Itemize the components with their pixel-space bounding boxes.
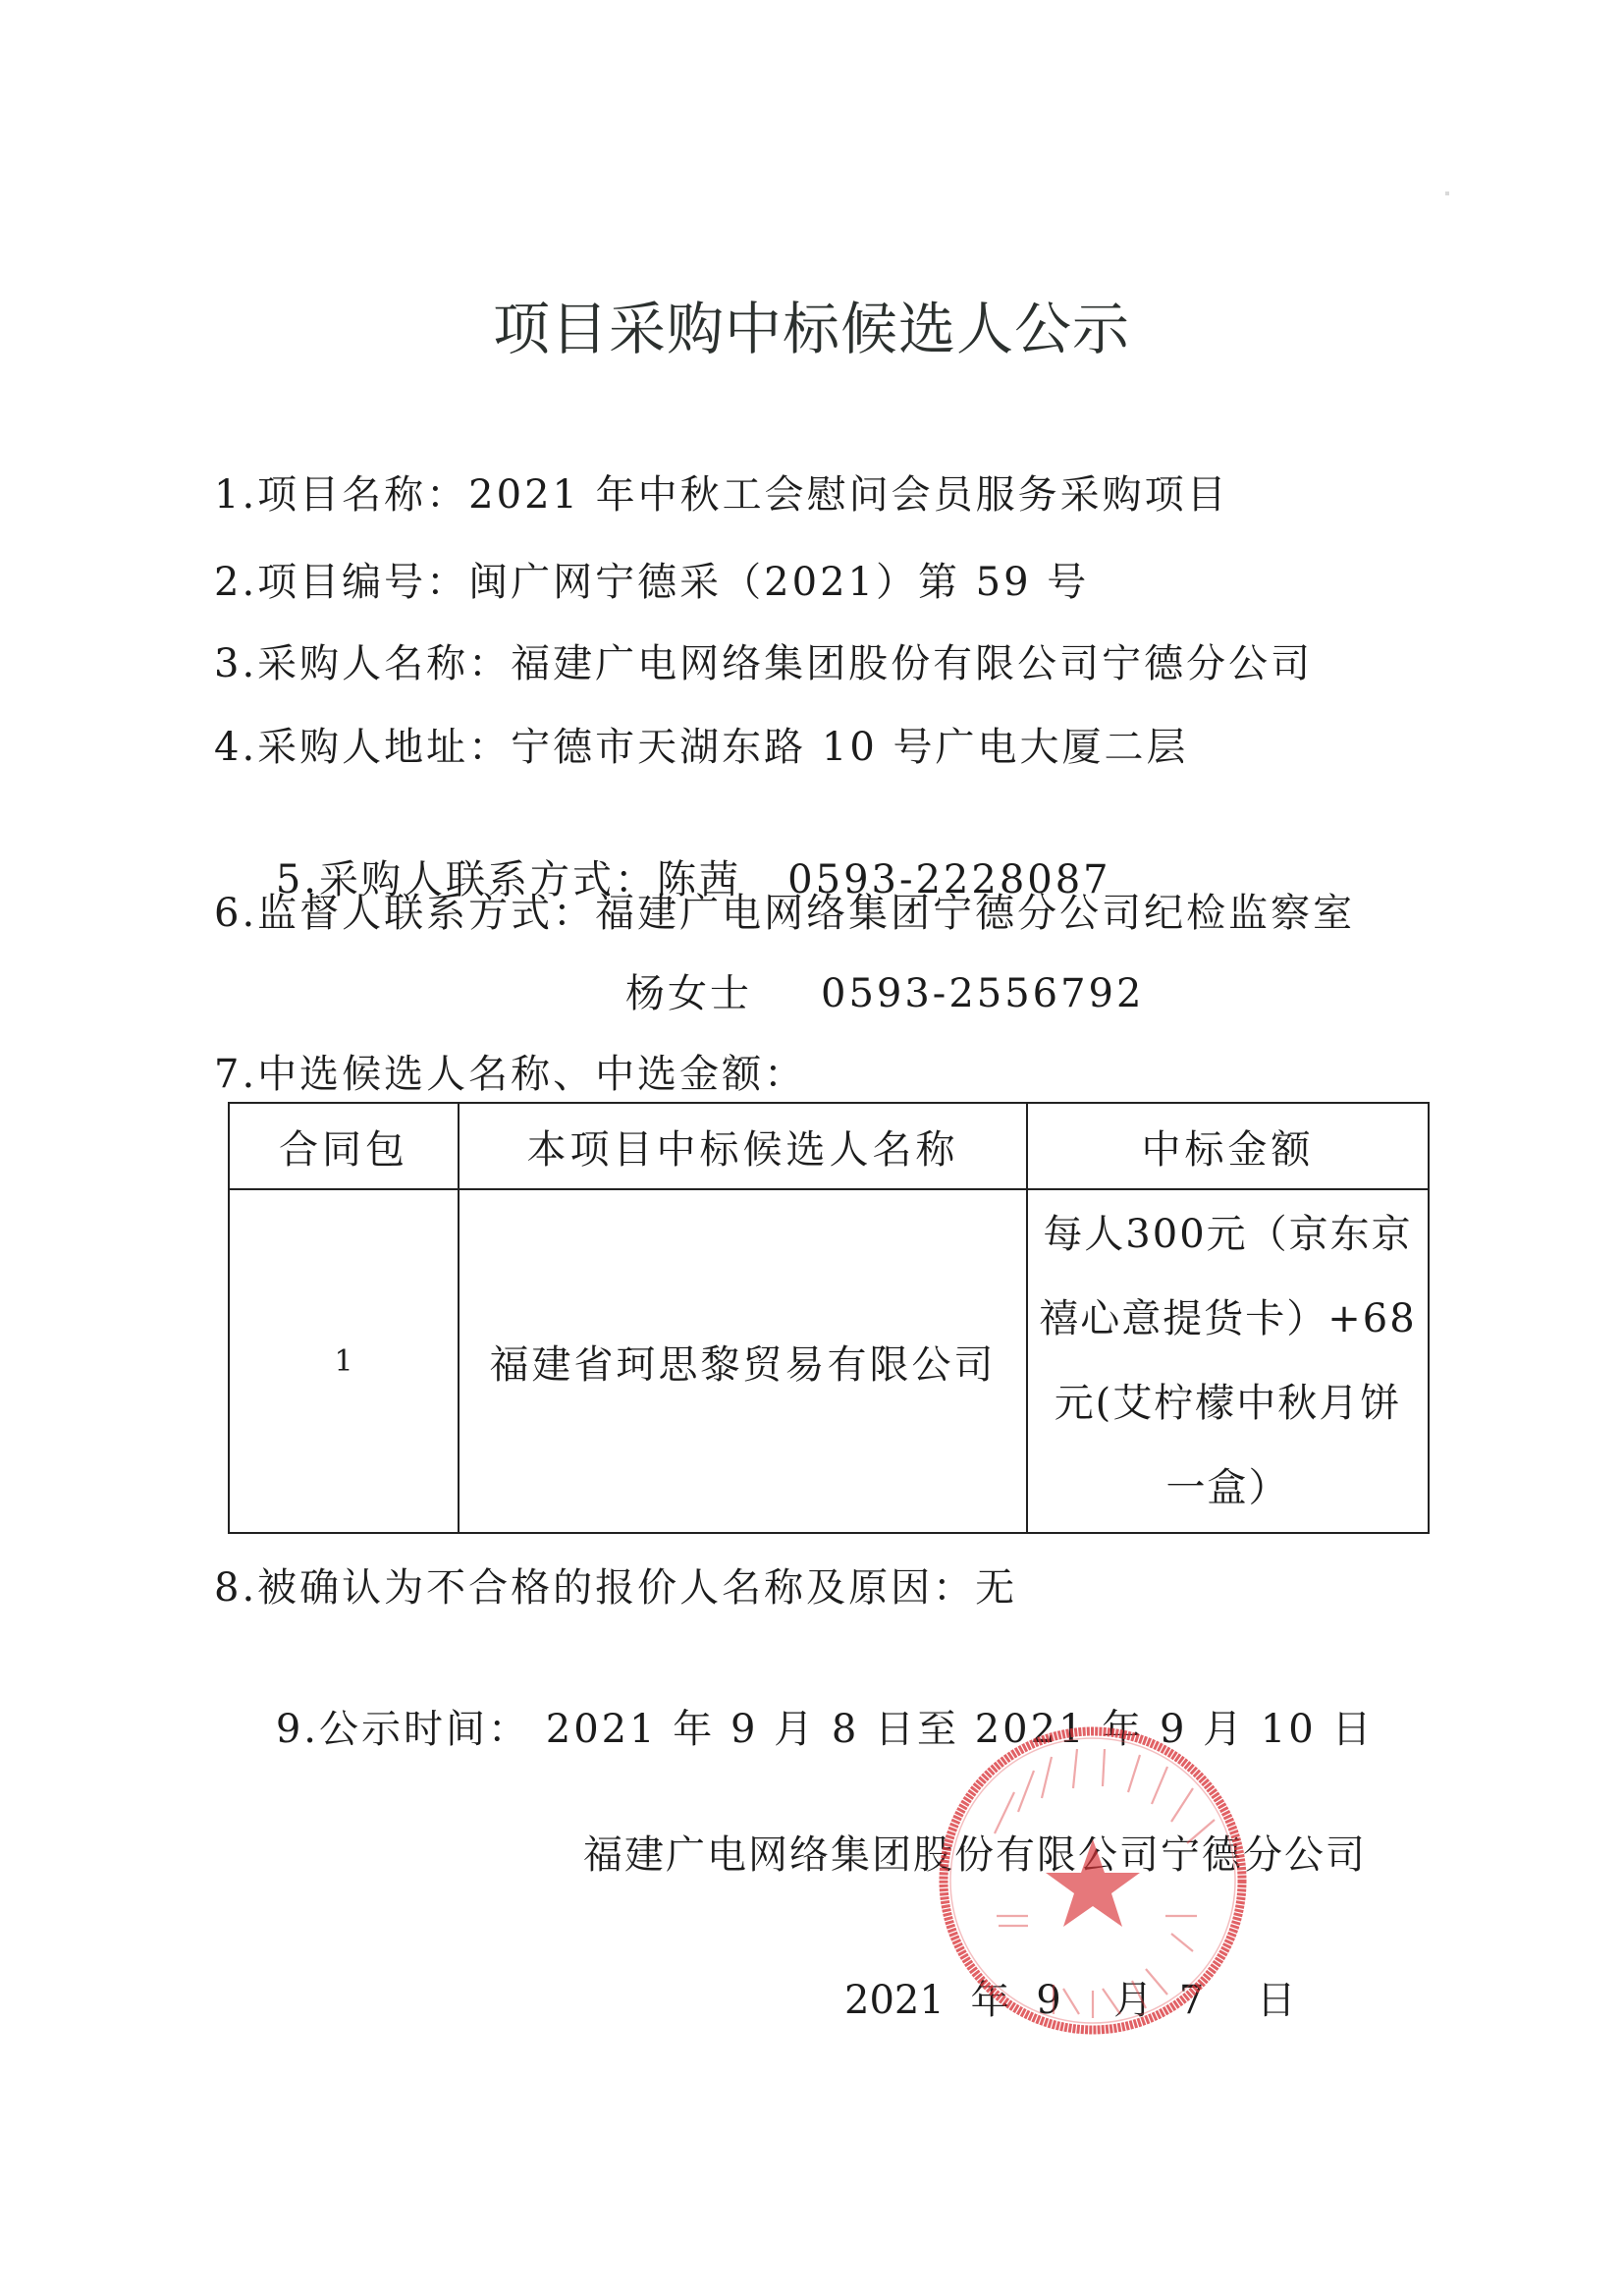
item-value: 福建广电网络集团股份有限公司宁德分公司 (511, 641, 1313, 686)
table-header-row: 合同包 本项目中标候选人名称 中标金额 (229, 1103, 1429, 1189)
item-label: 1.项目名称： (214, 472, 468, 518)
item-purchaser-name: 3.采购人名称：福建广电网络集团股份有限公司宁德分公司 (214, 639, 1313, 688)
item-label: 9.公示时间： (276, 1707, 530, 1752)
cell-package: 1 (229, 1189, 459, 1533)
signature-organization: 福建广电网络集团股份有限公司宁德分公司 (583, 1829, 1408, 1882)
item-purchaser-contact: 5.采购人联系方式：陈茜 0593-2228087 (214, 806, 1111, 855)
amount-line: 每人300元（京东京 (1036, 1192, 1420, 1277)
item-value: 2021 年 9 月 8 日至 2021 年 9 月 10 日 (530, 1707, 1374, 1752)
candidate-table: 合同包 本项目中标候选人名称 中标金额 1 福建省珂思黎贸易有限公司 每人300… (228, 1102, 1430, 1534)
item-value: 闽广网宁德采（2021）第 59 号 (468, 560, 1089, 605)
table-row: 1 福建省珂思黎贸易有限公司 每人300元（京东京 禧心意提货卡）+68 元(艾… (229, 1189, 1429, 1533)
header-package: 合同包 (229, 1103, 459, 1189)
item-value: 宁德市天湖东路 10 号广电大厦二层 (511, 725, 1188, 770)
item-label: 8.被确认为不合格的报价人名称及原因： (214, 1565, 975, 1611)
header-candidate: 本项目中标候选人名称 (459, 1103, 1027, 1189)
item-label: 2.项目编号： (214, 560, 468, 605)
item-value: 无 (975, 1565, 1017, 1611)
supervisor-person: 杨女士0593-2556792 (625, 969, 1144, 1018)
item-label: 4.采购人地址： (214, 725, 511, 770)
item-label: 3.采购人名称： (214, 641, 511, 686)
amount-line: 一盒） (1036, 1446, 1420, 1530)
signature-date: 2021 年 9 月 7 日 (844, 1974, 1296, 2027)
item-project-number: 2.项目编号：闽广网宁德采（2021）第 59 号 (214, 558, 1089, 607)
cell-candidate: 福建省珂思黎贸易有限公司 (459, 1189, 1027, 1533)
scan-speck (1445, 191, 1449, 195)
document-title: 项目采购中标候选人公示 (0, 295, 1623, 363)
cell-amount: 每人300元（京东京 禧心意提货卡）+68 元(艾柠檬中秋月饼 一盒） (1027, 1189, 1429, 1533)
item-supervisor-contact: 6.监督人联系方式：福建广电网络集团宁德分公司纪检监察室 (214, 889, 1355, 938)
item-unqualified-bidders: 8.被确认为不合格的报价人名称及原因：无 (214, 1563, 1017, 1613)
document-page: 项目采购中标候选人公示 1.项目名称：2021 年中秋工会慰问会员服务采购项目 … (0, 0, 1623, 2296)
amount-line: 元(艾柠檬中秋月饼 (1036, 1361, 1420, 1446)
item-label: 7.中选候选人名称、中选金额： (214, 1052, 806, 1097)
item-label: 6.监督人联系方式： (214, 891, 595, 936)
header-amount: 中标金额 (1027, 1103, 1429, 1189)
amount-line: 禧心意提货卡）+68 (1036, 1277, 1420, 1361)
item-value: 2021 年中秋工会慰问会员服务采购项目 (468, 472, 1229, 518)
item-value: 福建广电网络集团宁德分公司纪检监察室 (595, 891, 1355, 936)
item-publicity-period: 9.公示时间： 2021 年 9 月 8 日至 2021 年 9 月 10 日 (214, 1656, 1374, 1705)
item-project-name: 1.项目名称：2021 年中秋工会慰问会员服务采购项目 (214, 470, 1229, 519)
supervisor-name: 杨女士 (625, 971, 752, 1016)
item-candidate-heading: 7.中选候选人名称、中选金额： (214, 1050, 806, 1099)
item-purchaser-address: 4.采购人地址：宁德市天湖东路 10 号广电大厦二层 (214, 723, 1189, 772)
supervisor-phone: 0593-2556792 (821, 971, 1144, 1016)
